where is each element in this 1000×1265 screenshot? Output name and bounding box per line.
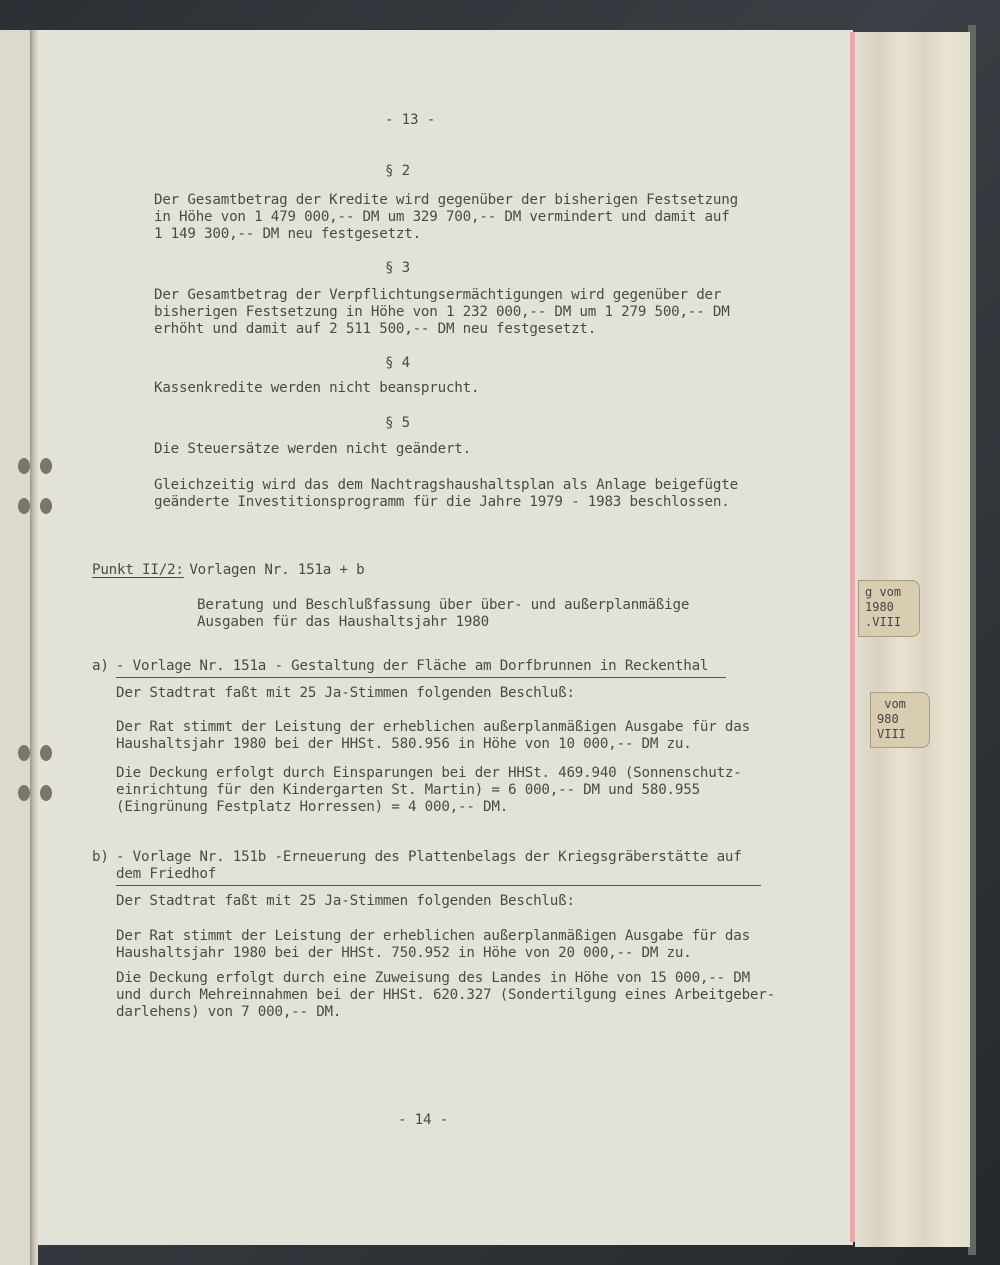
section-line: bisherigen Festsetzung in Höhe von 1 232… [154, 304, 730, 321]
section-line: Der Gesamtbetrag der Verpflichtungsermäc… [154, 287, 721, 304]
item-b-title: - Vorlage Nr. 151b -Erneuerung des Platt… [116, 849, 742, 866]
punch-hole [18, 745, 30, 761]
title-underline [116, 677, 726, 678]
decision-line: Haushaltsjahr 1980 bei der HHSt. 750.952… [116, 945, 692, 962]
section-line: Kassenkredite werden nicht beansprucht. [154, 380, 479, 397]
punch-hole [18, 498, 30, 514]
section-heading: § 4 [385, 355, 410, 372]
decision-line: Der Rat stimmt der Leistung der erheblic… [116, 719, 750, 736]
decision-line: Haushaltsjahr 1980 bei der HHSt. 580.956… [116, 736, 692, 753]
punch-hole [40, 785, 52, 801]
section-line: 1 149 300,-- DM neu festgesetzt. [154, 226, 421, 243]
punkt-subtitle: Beratung und Beschlußfassung über über- … [197, 597, 689, 614]
punch-hole [40, 458, 52, 474]
left-page-edge [0, 30, 32, 1265]
punch-hole [40, 498, 52, 514]
index-tab[interactable]: vom 980 VIII [870, 692, 930, 748]
item-marker: b) [92, 849, 109, 866]
index-tab[interactable]: g vom 1980 .VIII [858, 580, 920, 637]
section-heading: § 5 [385, 415, 410, 432]
coverage-line: und durch Mehreinnahmen bei der HHSt. 62… [116, 987, 775, 1004]
item-a-title: - Vorlage Nr. 151a - Gestaltung der Fläc… [116, 658, 708, 675]
item-b-title: dem Friedhof [116, 866, 216, 883]
coverage-line: Die Deckung erfolgt durch eine Zuweisung… [116, 970, 750, 987]
coverage-line: Die Deckung erfolgt durch Einsparungen b… [116, 765, 742, 782]
investment-note-line: Gleichzeitig wird das dem Nachtragshaush… [154, 477, 738, 494]
binding-gutter [30, 30, 38, 1265]
coverage-line: einrichtung für den Kindergarten St. Mar… [116, 782, 700, 799]
punkt-title: Vorlagen Nr. 151a + b [181, 562, 365, 579]
page-edge-marker [850, 32, 855, 1242]
punch-hole [18, 785, 30, 801]
investment-note-line: geänderte Investitionsprogramm für die J… [154, 494, 730, 511]
decision-line: Der Rat stimmt der Leistung der erheblic… [116, 928, 750, 945]
punkt-subtitle: Ausgaben für das Haushaltsjahr 1980 [197, 614, 489, 631]
punch-hole [18, 458, 30, 474]
coverage-line: darlehens) von 7 000,-- DM. [116, 1004, 341, 1021]
section-line: erhöht und damit auf 2 511 500,-- DM neu… [154, 321, 596, 338]
page-stack [855, 32, 970, 1247]
vote-line: Der Stadtrat faßt mit 25 Ja-Stimmen folg… [116, 685, 575, 702]
page-number-bottom: - 14 - [398, 1112, 448, 1129]
section-line: Die Steuersätze werden nicht geändert. [154, 441, 471, 458]
item-marker: a) [92, 658, 109, 675]
title-underline [116, 885, 761, 886]
section-heading: § 2 [385, 163, 410, 180]
punch-hole [40, 745, 52, 761]
page-number-top: - 13 - [385, 112, 435, 129]
punkt-label: Punkt II/2: [92, 562, 184, 579]
vote-line: Der Stadtrat faßt mit 25 Ja-Stimmen folg… [116, 893, 575, 910]
section-line: Der Gesamtbetrag der Kredite wird gegenü… [154, 192, 738, 209]
section-heading: § 3 [385, 260, 410, 277]
section-line: in Höhe von 1 479 000,-- DM um 329 700,-… [154, 209, 730, 226]
coverage-line: (Eingrünung Festplatz Horressen) = 4 000… [116, 799, 508, 816]
